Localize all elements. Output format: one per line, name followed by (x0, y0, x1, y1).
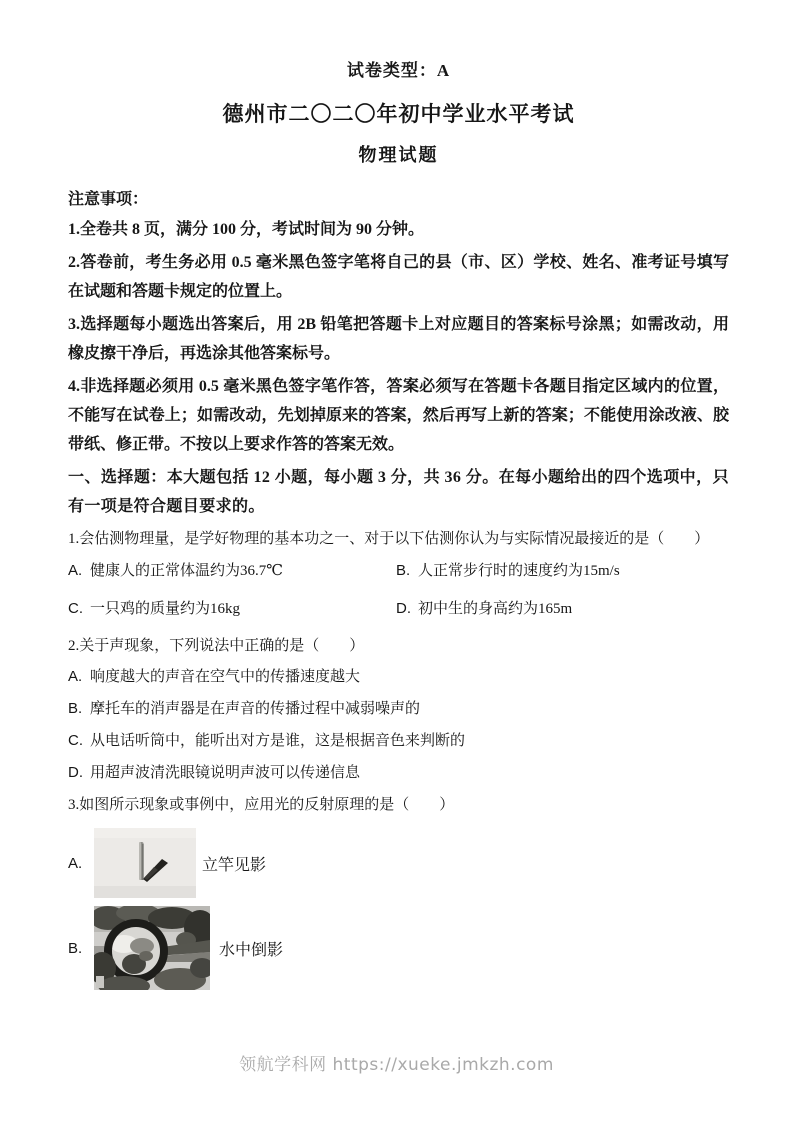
option-2a: A.响度越大的声音在空气中的传播速度越大 (68, 661, 729, 693)
page-content: 试卷类型：A 德州市二〇二〇年初中学业水平考试 物理试题 注意事项： 1.全卷共… (0, 0, 793, 990)
notice-item-4: 4.非选择题必须用 0.5 毫米黑色签字笔作答，答案必须写在答题卡各题目指定区域… (68, 372, 729, 459)
question-1: 1.会估测物理量，是学好物理的基本功之一、对于以下估测你认为与实际情况最接近的是… (68, 525, 729, 623)
question-3: 3.如图所示现象或事例中，应用光的反射原理的是（ ） A. 立 (68, 791, 729, 990)
option-1d-letter: D. (396, 595, 418, 623)
question-3-option-b: B. (68, 906, 729, 990)
pole-shadow-photo (94, 828, 196, 898)
question-2: 2.关于声现象，下列说法中正确的是（ ） A.响度越大的声音在空气中的传播速度越… (68, 632, 729, 789)
option-3a-letter: A. (68, 855, 94, 872)
question-3-option-a: A. 立竿见影 (68, 828, 729, 898)
option-2d-text: 用超声波清洗眼镜说明声波可以传递信息 (90, 765, 360, 781)
option-2b-letter: B. (68, 693, 90, 724)
option-2a-text: 响度越大的声音在空气中的传播速度越大 (90, 669, 360, 685)
option-1c-text: 一只鸡的质量约为16kg (90, 601, 240, 617)
option-1b-letter: B. (396, 557, 418, 585)
question-2-stem: 2.关于声现象，下列说法中正确的是（ ） (68, 632, 729, 661)
option-1d: D.初中生的身高约为165m (396, 595, 729, 623)
option-1a-text: 健康人的正常体温约为36.7℃ (90, 563, 283, 579)
notice-item-2: 2.答卷前，考生务必用 0.5 毫米黑色签字笔将自己的县（市、区）学校、姓名、准… (68, 248, 729, 306)
option-2d-letter: D. (68, 757, 90, 788)
option-2c: C.从电话听筒中，能听出对方是谁，这是根据音色来判断的 (68, 725, 729, 757)
notice-item-1: 1.全卷共 8 页，满分 100 分，考试时间为 90 分钟。 (68, 215, 729, 244)
option-1b: B.人正常步行时的速度约为15m/s (396, 557, 729, 585)
paper-type-title: 试卷类型：A (68, 56, 729, 81)
option-3b-caption: 水中倒影 (219, 937, 283, 960)
option-1a-letter: A. (68, 557, 90, 585)
option-2b-text: 摩托车的消声器是在声音的传播过程中减弱噪声的 (90, 701, 420, 717)
option-3a-caption: 立竿见影 (202, 852, 266, 875)
option-1d-text: 初中生的身高约为165m (418, 601, 572, 617)
option-2a-letter: A. (68, 661, 90, 692)
option-1a: A.健康人的正常体温约为36.7℃ (68, 557, 396, 585)
bridge-reflection-photo (94, 906, 210, 990)
question-1-options: A.健康人的正常体温约为36.7℃ B.人正常步行时的速度约为15m/s C.一… (68, 557, 729, 623)
notice-heading: 注意事项： (68, 186, 729, 209)
option-1c: C.一只鸡的质量约为16kg (68, 595, 396, 623)
option-2c-text: 从电话听筒中，能听出对方是谁，这是根据音色来判断的 (90, 733, 465, 749)
notice-item-3: 3.选择题每小题选出答案后，用 2B 铅笔把答题卡上对应题目的答案标号涂黑；如需… (68, 310, 729, 368)
option-2d: D.用超声波清洗眼镜说明声波可以传递信息 (68, 757, 729, 789)
option-2c-letter: C. (68, 725, 90, 756)
subject-title: 物理试题 (68, 141, 729, 167)
option-1c-letter: C. (68, 595, 90, 623)
option-3b-letter: B. (68, 940, 94, 957)
question-1-stem: 1.会估测物理量，是学好物理的基本功之一、对于以下估测你认为与实际情况最接近的是… (68, 525, 729, 554)
watermark-footer: 领航学科网 https://xueke.jmkzh.com (0, 1050, 793, 1075)
option-2b: B.摩托车的消声器是在声音的传播过程中减弱噪声的 (68, 693, 729, 725)
question-3-stem: 3.如图所示现象或事例中，应用光的反射原理的是（ ） (68, 791, 729, 820)
exam-paper-page: 试卷类型：A 德州市二〇二〇年初中学业水平考试 物理试题 注意事项： 1.全卷共… (0, 0, 793, 1122)
section-heading: 一、选择题：本大题包括 12 小题，每小题 3 分，共 36 分。在每小题给出的… (68, 463, 729, 521)
exam-title: 德州市二〇二〇年初中学业水平考试 (68, 98, 729, 128)
option-1b-text: 人正常步行时的速度约为15m/s (418, 563, 620, 579)
